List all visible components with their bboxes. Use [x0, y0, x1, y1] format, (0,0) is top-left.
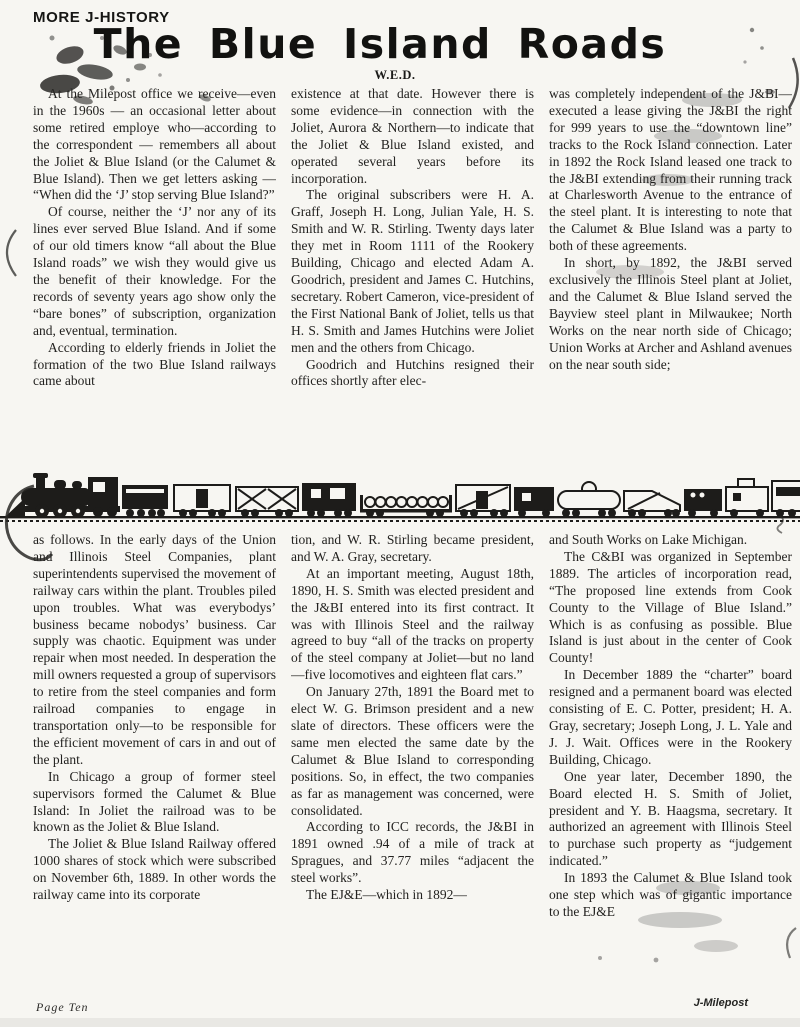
page-title: The Blue Island Roads [0, 20, 760, 68]
article-paragraph: Goodrich and Hutchins resigned their off… [291, 357, 534, 391]
article-paragraph: At an important meeting, August 18th, 18… [291, 566, 534, 684]
article-paragraph: tion, and W. R. Stirling became presiden… [291, 532, 534, 566]
article-paragraph: According to ICC records, the J&BI in 18… [291, 819, 534, 887]
column-top-middle: existence at that date. However there is… [291, 86, 534, 474]
page-number: Page Ten [36, 1000, 89, 1015]
article-paragraph: One year later, December 1890, the Board… [549, 769, 792, 870]
article-paragraph: and South Works on Lake Michigan. [549, 532, 792, 549]
publication-name: J-Milepost [694, 997, 748, 1009]
article-paragraph: as follows. In the early days of the Uni… [33, 532, 276, 769]
article-paragraph: In short, by 1892, the J&BI served exclu… [549, 255, 792, 373]
article-paragraph: In Chicago a group of former steel super… [33, 769, 276, 837]
article-top-section: At the Milepost office we receive—even i… [33, 86, 792, 474]
article-paragraph: Of course, neither the ‘J’ nor any of it… [33, 204, 276, 339]
newsletter-page: MORE J-HISTORY The Blue Island Roads W.E… [0, 0, 800, 1027]
article-paragraph: The Joliet & Blue Island Railway offered… [33, 836, 276, 904]
article-paragraph: In 1893 the Calumet & Blue Island took o… [549, 870, 792, 921]
article-paragraph: In December 1889 the “charter” board res… [549, 667, 792, 768]
column-bottom-right: and South Works on Lake Michigan.The C&B… [549, 532, 792, 1006]
train-illustration [0, 466, 800, 526]
article-paragraph: According to elderly friends in Joliet t… [33, 340, 276, 391]
column-top-left: At the Milepost office we receive—even i… [33, 86, 276, 474]
article-paragraph: The original subscribers were H. A. Graf… [291, 187, 534, 356]
article-paragraph: On January 27th, 1891 the Board met to e… [291, 684, 534, 819]
article-paragraph: The EJ&E—which in 1892— [291, 887, 534, 904]
column-bottom-left: as follows. In the early days of the Uni… [33, 532, 276, 1006]
article-paragraph: was completely independent of the J&BI—e… [549, 86, 792, 255]
article-paragraph: The C&BI was organized in September 1889… [549, 549, 792, 667]
article-paragraph: existence at that date. However there is… [291, 86, 534, 187]
article-bottom-section: as follows. In the early days of the Uni… [33, 532, 792, 1006]
scan-edge-shadow [0, 1018, 800, 1027]
column-bottom-middle: tion, and W. R. Stirling became presiden… [291, 532, 534, 1006]
byline: W.E.D. [0, 68, 790, 83]
column-top-right: was completely independent of the J&BI—e… [549, 86, 792, 474]
article-paragraph: At the Milepost office we receive—even i… [33, 86, 276, 204]
